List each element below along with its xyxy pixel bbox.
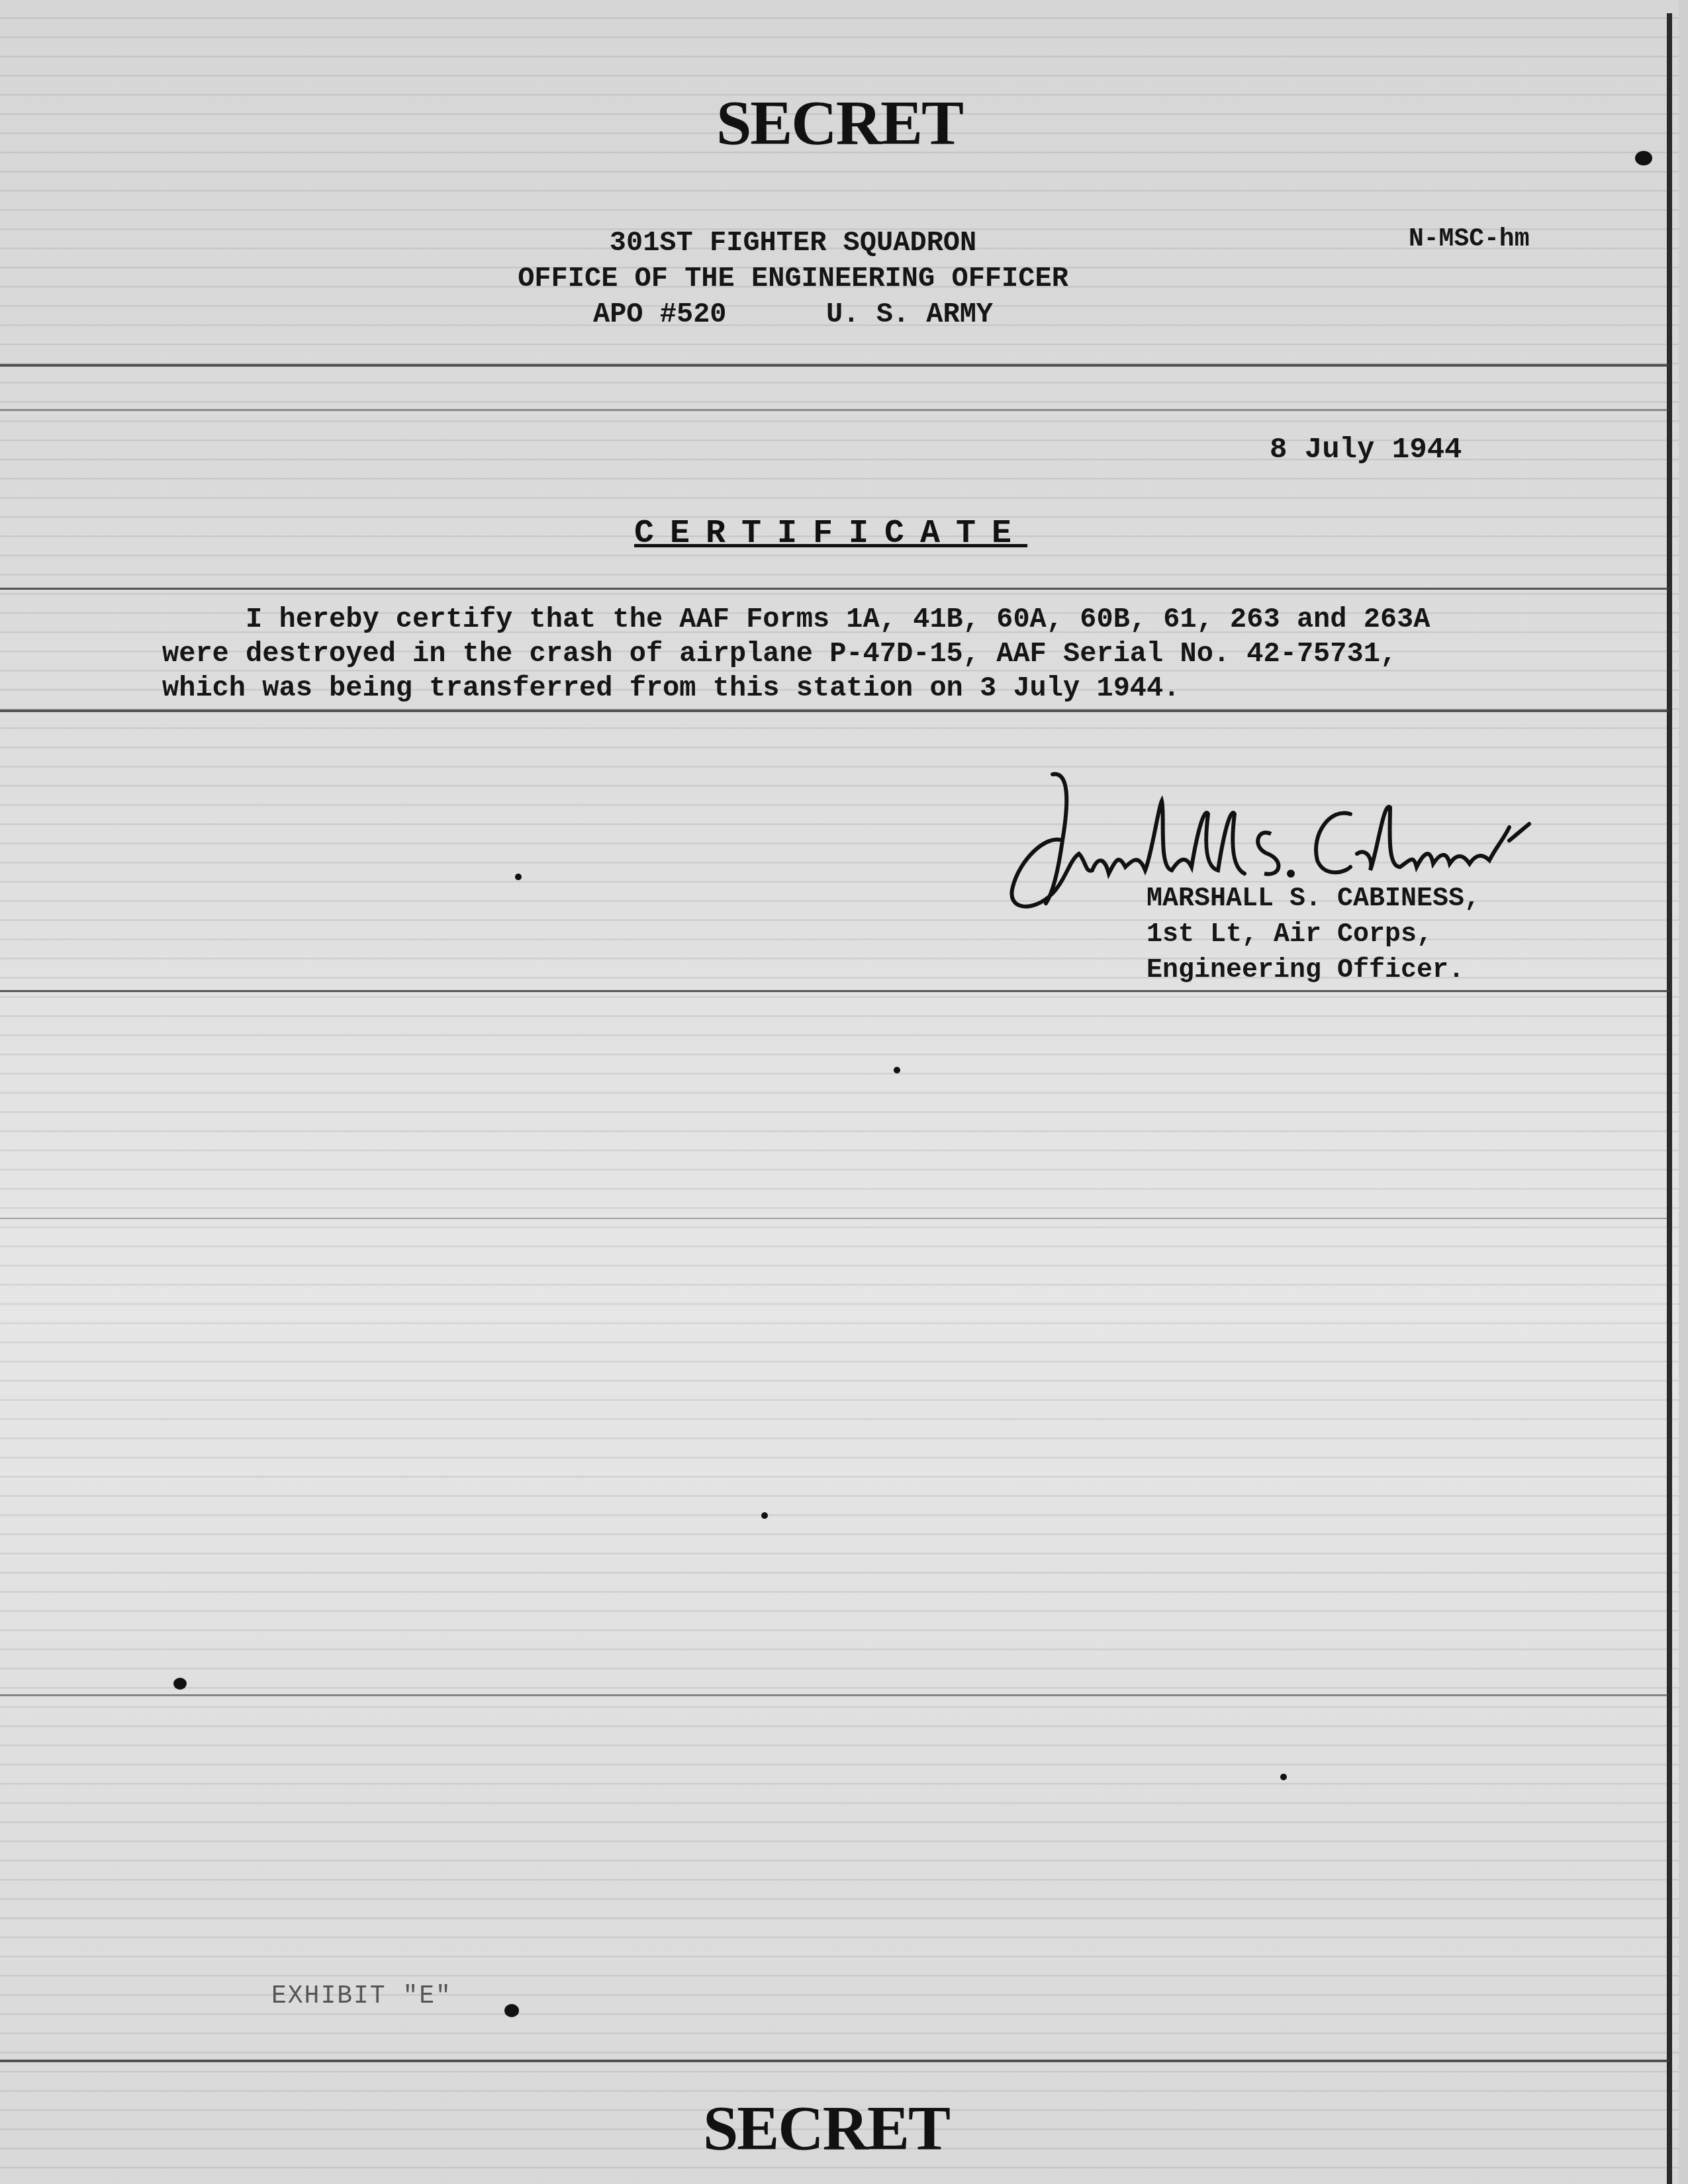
body-line-2: were destroyed in the crash of airplane … [162,638,1397,670]
divider [0,364,1669,367]
exhibit-label: EXHIBIT "E" [271,1982,452,2011]
header-line-1: 301ST FIGHTER SQUADRON [0,225,1632,261]
divider [0,990,1669,992]
ink-speck [894,1067,900,1073]
ink-blot [173,1678,187,1690]
document-page: SECRET 301ST FIGHTER SQUADRON OFFICE OF … [0,0,1679,2184]
ink-speck [761,1512,768,1519]
document-date: 8 July 1944 [1270,433,1462,467]
ink-blot [504,2004,519,2017]
classification-bottom: SECRET [0,2091,1665,2165]
header-army: U. S. ARMY [826,298,993,330]
body-line-1: I hereby certify that the AAF Forms 1A, … [162,604,1430,635]
ink-blot [1635,151,1652,165]
signatory-rank: 1st Lt, Air Corps, [1147,920,1432,950]
divider [0,409,1669,411]
reference-code: N-MSC-hm [1409,225,1529,253]
signatory-name: MARSHALL S. CABINESS, [1147,884,1480,914]
classification-top: SECRET [0,86,1679,159]
divider [0,1694,1669,1696]
header-line-2: OFFICE OF THE ENGINEERING OFFICER [0,261,1632,296]
ink-speck [1280,1774,1287,1780]
header-apo: APO #520 [593,298,727,330]
ink-speck [515,874,522,880]
certificate-title: CERTIFICATE [634,515,1027,553]
body-line-3: which was being transferred from this st… [162,672,1180,704]
divider [0,709,1669,712]
divider [0,588,1669,590]
divider [0,1218,1669,1219]
header-line-3: APO #520 U. S. ARMY [0,296,1632,332]
divider [0,2060,1669,2062]
page-edge [1667,13,1672,2184]
signatory-title: Engineering Officer. [1147,956,1464,985]
